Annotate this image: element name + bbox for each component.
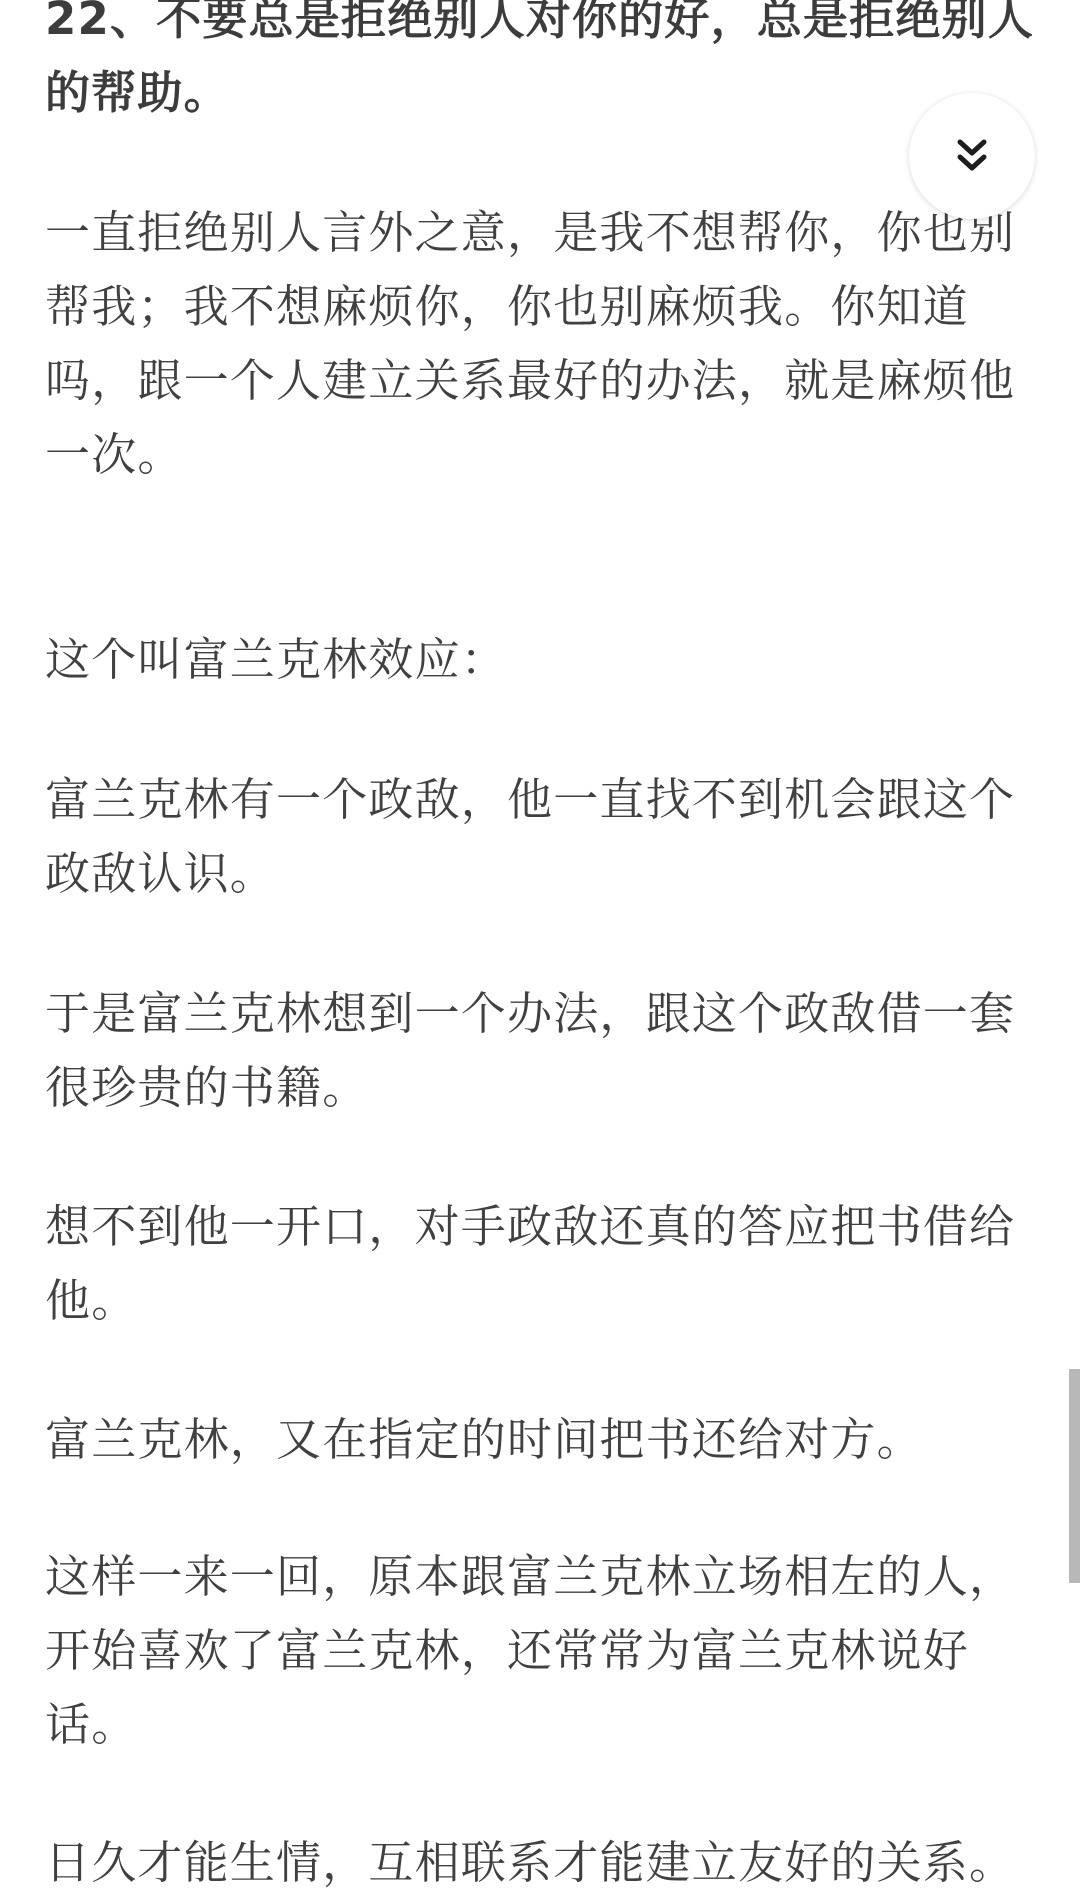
paragraph-5: 想不到他一开口，对手政敌还真的答应把书借给他。 [45,1190,1035,1338]
paragraph-3: 富兰克林有一个政敌，他一直找不到机会跟这个政敌认识。 [45,763,1035,911]
double-chevron-down-icon [955,138,989,174]
scrollbar-thumb[interactable] [1069,1369,1080,1583]
paragraph-6: 富兰克林，又在指定的时间把书还给对方。 [45,1403,1035,1477]
scroll-down-button[interactable] [909,93,1035,219]
paragraph-8: 日久才能生情，互相联系才能建立友好的关系。 [45,1826,1035,1900]
article-section-title: 22、不要总是拒绝别人对你的好，总是拒绝别人的帮助。 [45,0,1035,130]
paragraph-7: 这样一来一回，原本跟富兰克林立场相左的人，开始喜欢了富兰克林，还常常为富兰克林说… [45,1540,1035,1762]
paragraph-1: 一直拒绝别人言外之意，是我不想帮你，你也别帮我；我不想麻烦你，你也别麻烦我。你知… [45,196,1035,492]
paragraph-4: 于是富兰克林想到一个办法，跟这个政敌借一套很珍贵的书籍。 [45,977,1035,1125]
paragraph-2: 这个叫富兰克林效应： [45,623,1035,697]
